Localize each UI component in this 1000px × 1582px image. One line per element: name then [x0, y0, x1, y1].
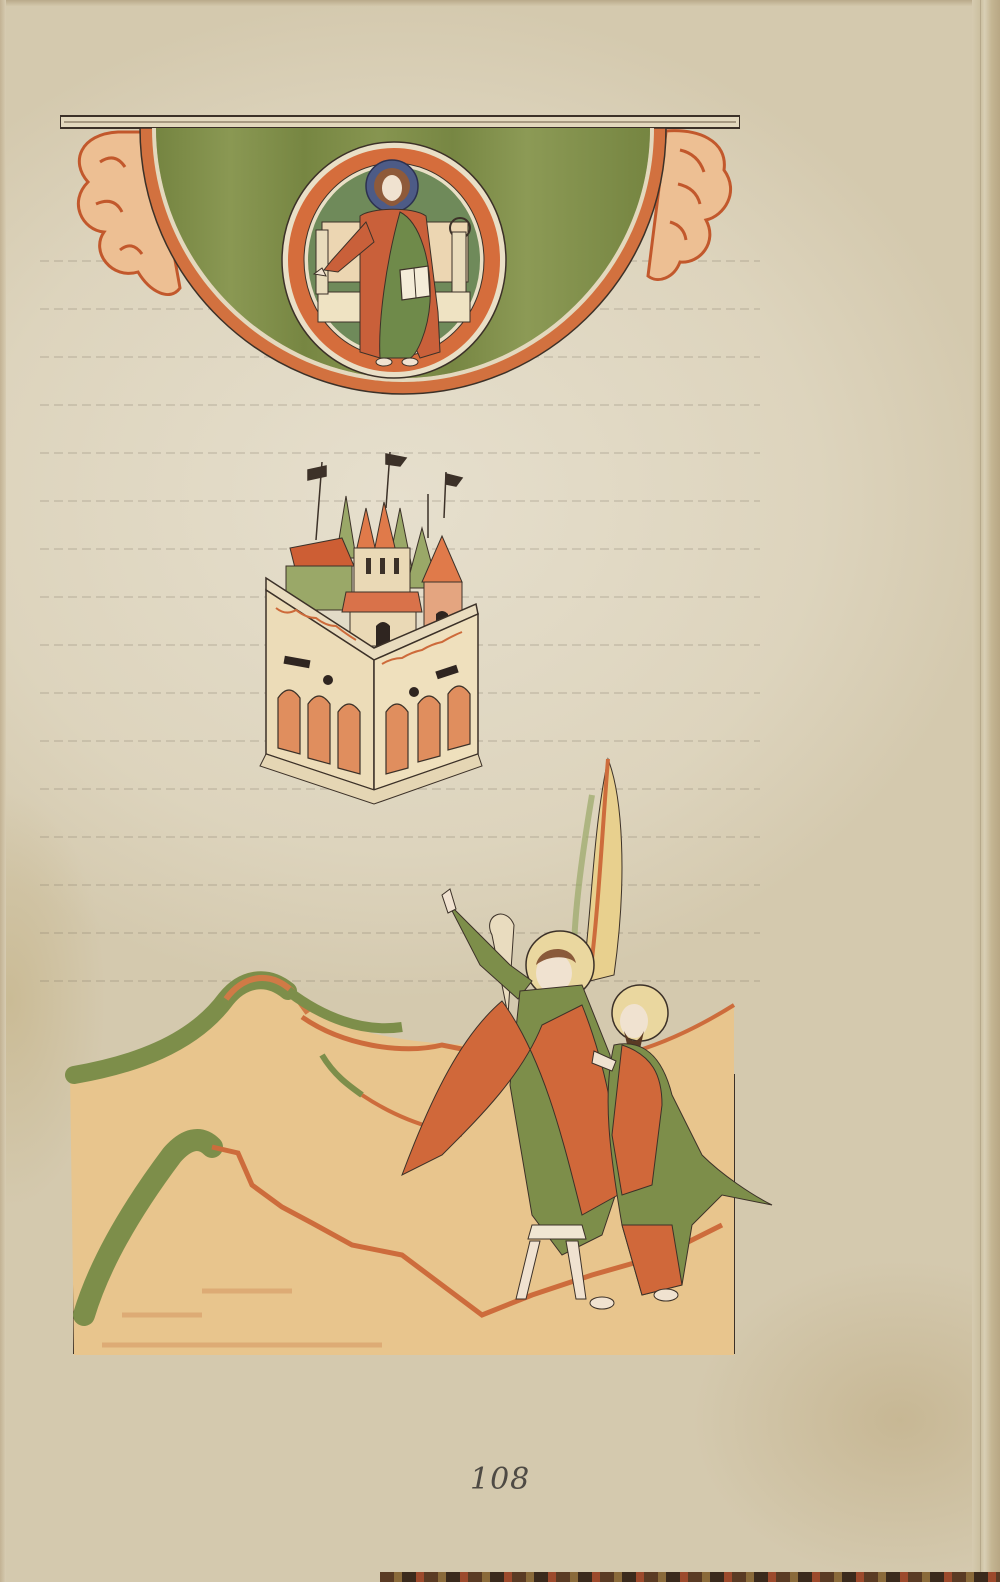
page-fore-edge: [972, 0, 1000, 1582]
page-top-edge: [0, 0, 1000, 6]
marbled-binding-edge: [380, 1572, 1000, 1582]
christ-enthroned-illustration: [60, 112, 740, 404]
manuscript-page: 108: [0, 0, 1000, 1582]
page-left-edge: [0, 0, 6, 1582]
angel-and-saint-illustration: [62, 755, 792, 1355]
folio-number: 108: [470, 1462, 530, 1497]
